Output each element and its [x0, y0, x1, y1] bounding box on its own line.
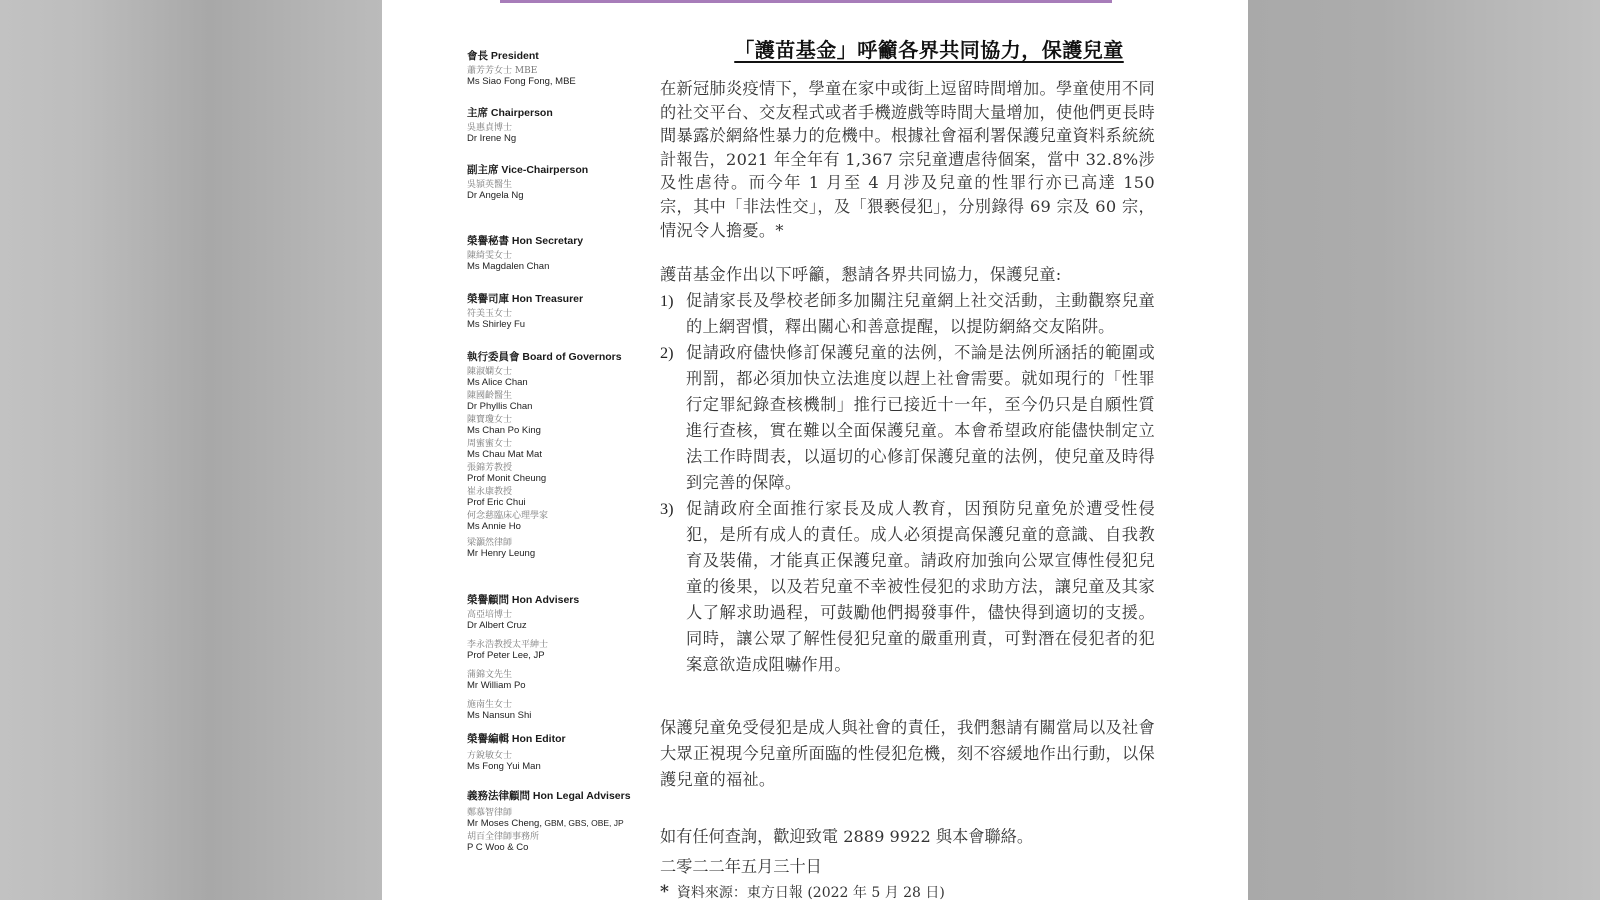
- letter-body: 「護苗基金」呼籲各界共同協力，保護兒童 在新冠肺炎疫情下，學童在家中或街上逗留時…: [660, 34, 1160, 63]
- letter-title: 「護苗基金」呼籲各界共同協力，保護兒童: [698, 34, 1160, 63]
- role-title: 會長 President: [467, 48, 576, 63]
- appeal-number: 3): [660, 496, 686, 678]
- member-name-zh: 陳淑嫻女士: [467, 367, 622, 377]
- role-hon-legal-advisers: 義務法律顧問 Hon Legal Advisers 鄭慕智律師 Mr Moses…: [467, 788, 631, 853]
- member-name-en: Dr Albert Cruz: [467, 620, 579, 631]
- role-hon-editor: 榮譽編輯 Hon Editor 方銳敏女士 Ms Fong Yui Man: [467, 731, 566, 772]
- member-name-zh: 蕭芳芳女士 MBE: [467, 66, 576, 76]
- appeal-text: 促請政府儘快修訂保護兒童的法例，不論是法例所涵括的範圍或刑罰，都必須加快立法進度…: [686, 340, 1155, 496]
- member: 陳綺雯女士 Ms Magdalen Chan: [467, 251, 583, 272]
- member: 陳寶瓊女士 Ms Chan Po King: [467, 415, 622, 436]
- member: 蕭芳芳女士 MBE Ms Siao Fong Fong, MBE: [467, 66, 576, 87]
- member-name-en: P C Woo & Co: [467, 842, 631, 853]
- member: 吳頴英醫生 Dr Angela Ng: [467, 180, 588, 201]
- member-name-zh: 崔永康教授: [467, 487, 622, 497]
- appeal-list: 1) 促請家長及學校老師多加關注兒童網上社交活動，主動觀察兒童的上網習慣，釋出關…: [660, 288, 1155, 678]
- member-name-en: Ms Alice Chan: [467, 377, 622, 388]
- member-name-en: Ms Annie Ho: [467, 521, 622, 532]
- member-name-zh: 吳惠貞博士: [467, 123, 553, 133]
- role-title: 榮譽編輯 Hon Editor: [467, 731, 566, 746]
- appeal-text: 促請家長及學校老師多加關注兒童網上社交活動，主動觀察兒童的上網習慣，釋出關心和善…: [686, 288, 1155, 340]
- member-name-en: Dr Phyllis Chan: [467, 401, 622, 412]
- member-name-zh: 梁灝然律師: [467, 538, 622, 548]
- member-name-en: Dr Irene Ng: [467, 133, 553, 144]
- member-name-zh: 吳頴英醫生: [467, 180, 588, 190]
- intro-paragraph: 在新冠肺炎疫情下，學童在家中或街上逗留時間增加。學童使用不同的社交平台、交友程式…: [660, 77, 1155, 242]
- member-name-en: Ms Shirley Fu: [467, 319, 583, 330]
- member-name-zh: 周蜜蜜女士: [467, 439, 622, 449]
- role-board-of-governors: 執行委員會 Board of Governors 陳淑嫻女士 Ms Alice …: [467, 349, 622, 559]
- document-page: 會長 President 蕭芳芳女士 MBE Ms Siao Fong Fong…: [382, 0, 1248, 900]
- appeal-item: 3) 促請政府全面推行家長及成人教育，因預防兒童免於遭受性侵犯，是所有成人的責任…: [660, 496, 1155, 678]
- letter-date: 二零二二年五月三十日: [660, 853, 822, 877]
- member-name-en: Ms Siao Fong Fong, MBE: [467, 76, 576, 87]
- member: 陳國齡醫生 Dr Phyllis Chan: [467, 391, 622, 412]
- member: 陳淑嫻女士 Ms Alice Chan: [467, 367, 622, 388]
- contact-line: 如有任何查詢，歡迎致電 2889 9922 與本會聯絡。: [660, 823, 1033, 847]
- member-name-en: Ms Chan Po King: [467, 425, 622, 436]
- role-hon-treasurer: 榮譽司庫 Hon Treasurer 符美玉女士 Ms Shirley Fu: [467, 291, 583, 330]
- member-name-en: Mr William Po: [467, 680, 579, 691]
- member-name-zh: 方銳敏女士: [467, 751, 566, 761]
- role-vice-chairperson: 副主席 Vice-Chairperson 吳頴英醫生 Dr Angela Ng: [467, 162, 588, 201]
- member-name-en-main: Mr Moses Cheng,: [467, 818, 542, 829]
- role-title: 榮譽司庫 Hon Treasurer: [467, 291, 583, 306]
- member-name-zh: 符美玉女士: [467, 309, 583, 319]
- member-name-zh: 蒲錦文先生: [467, 670, 579, 680]
- role-hon-secretary: 榮譽秘書 Hon Secretary 陳綺雯女士 Ms Magdalen Cha…: [467, 233, 583, 272]
- footnote-source: 資料來源：東方日報 (2022 年 5 月 28 日): [677, 885, 945, 900]
- member: 何念慈臨床心理學家 Ms Annie Ho: [467, 511, 622, 532]
- member: 方銳敏女士 Ms Fong Yui Man: [467, 751, 566, 772]
- appeal-item: 1) 促請家長及學校老師多加關注兒童網上社交活動，主動觀察兒童的上網習慣，釋出關…: [660, 288, 1155, 340]
- member: 鄭慕智律師 Mr Moses Cheng, GBM, GBS, OBE, JP: [467, 808, 631, 829]
- role-president: 會長 President 蕭芳芳女士 MBE Ms Siao Fong Fong…: [467, 48, 576, 87]
- appeal-item: 2) 促請政府儘快修訂保護兒童的法例，不論是法例所涵括的範圍或刑罰，都必須加快立…: [660, 340, 1155, 496]
- member-name-zh: 胡百全律師事務所: [467, 832, 631, 842]
- appeal-number: 1): [660, 288, 686, 340]
- member-name-en: Ms Magdalen Chan: [467, 261, 583, 272]
- appeal-text: 促請政府全面推行家長及成人教育，因預防兒童免於遭受性侵犯，是所有成人的責任。成人…: [686, 496, 1155, 678]
- member: 胡百全律師事務所 P C Woo & Co: [467, 832, 631, 853]
- member: 吳惠貞博士 Dr Irene Ng: [467, 123, 553, 144]
- role-title: 榮譽秘書 Hon Secretary: [467, 233, 583, 248]
- member-name-zh: 李永浩教授太平紳士: [467, 640, 579, 650]
- member: 符美玉女士 Ms Shirley Fu: [467, 309, 583, 330]
- role-hon-advisers: 榮譽顧問 Hon Advisers 高亞培博士 Dr Albert Cruz 李…: [467, 592, 579, 721]
- member: 施南生女士 Ms Nansun Shi: [467, 700, 579, 721]
- member-name-en: Ms Nansun Shi: [467, 710, 579, 721]
- appeal-number: 2): [660, 340, 686, 496]
- member-name-zh: 陳國齡醫生: [467, 391, 622, 401]
- asterisk-icon: *: [660, 882, 669, 900]
- role-title: 執行委員會 Board of Governors: [467, 349, 622, 364]
- header-rule: [500, 0, 1112, 3]
- member: 張錦芳教授 Prof Monit Cheung: [467, 463, 622, 484]
- role-title: 榮譽顧問 Hon Advisers: [467, 592, 579, 607]
- member-name-en: Dr Angela Ng: [467, 190, 588, 201]
- member-name-zh: 鄭慕智律師: [467, 808, 631, 818]
- member-name-zh: 陳綺雯女士: [467, 251, 583, 261]
- member: 蒲錦文先生 Mr William Po: [467, 670, 579, 691]
- member-honors: GBM, GBS, OBE, JP: [542, 818, 624, 828]
- member: 崔永康教授 Prof Eric Chui: [467, 487, 622, 508]
- appeal-intro: 護苗基金作出以下呼籲，懇請各界共同協力，保護兒童:: [660, 263, 1155, 287]
- member-name-en: Mr Henry Leung: [467, 548, 622, 559]
- role-title: 副主席 Vice-Chairperson: [467, 162, 588, 177]
- member-name-zh: 施南生女士: [467, 700, 579, 710]
- member: 梁灝然律師 Mr Henry Leung: [467, 538, 622, 559]
- role-chairperson: 主席 Chairperson 吳惠貞博士 Dr Irene Ng: [467, 105, 553, 144]
- member-name-en: Prof Monit Cheung: [467, 473, 622, 484]
- member-name-zh: 高亞培博士: [467, 610, 579, 620]
- closing-paragraph: 保護兒童免受侵犯是成人與社會的責任，我們懇請有關當局以及社會大眾正視現今兒童所面…: [660, 715, 1155, 793]
- member-name-en: Prof Eric Chui: [467, 497, 622, 508]
- member-name-en: Ms Chau Mat Mat: [467, 449, 622, 460]
- member-name-en: Prof Peter Lee, JP: [467, 650, 579, 661]
- member-name-en: Mr Moses Cheng, GBM, GBS, OBE, JP: [467, 818, 631, 829]
- role-title: 義務法律顧問 Hon Legal Advisers: [467, 788, 631, 803]
- member: 高亞培博士 Dr Albert Cruz: [467, 610, 579, 631]
- member: 李永浩教授太平紳士 Prof Peter Lee, JP: [467, 640, 579, 661]
- member-name-zh: 張錦芳教授: [467, 463, 622, 473]
- member-name-zh: 陳寶瓊女士: [467, 415, 622, 425]
- member-name-en: Ms Fong Yui Man: [467, 761, 566, 772]
- role-title: 主席 Chairperson: [467, 105, 553, 120]
- member: 周蜜蜜女士 Ms Chau Mat Mat: [467, 439, 622, 460]
- member-name-zh: 何念慈臨床心理學家: [467, 511, 622, 521]
- footnote: *資料來源：東方日報 (2022 年 5 月 28 日): [660, 882, 945, 900]
